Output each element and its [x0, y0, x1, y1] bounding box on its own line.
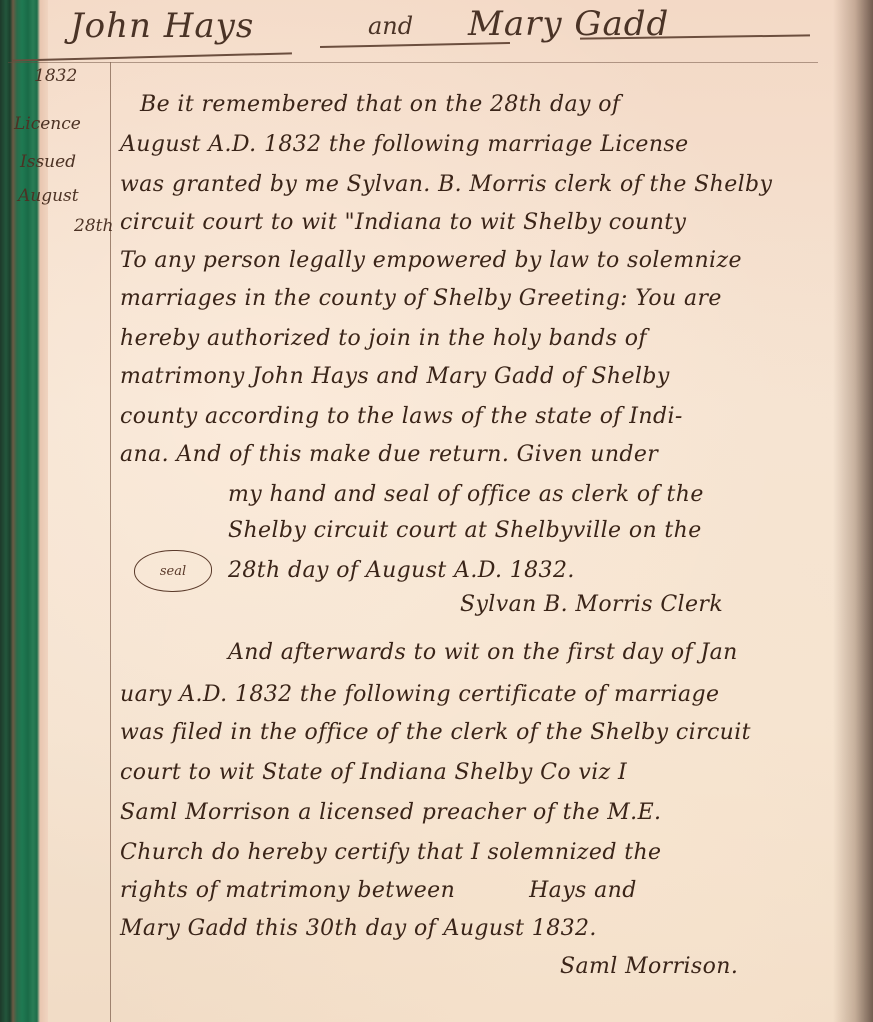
margin-year: 1832: [34, 66, 77, 86]
license-line: Shelby circuit court at Shelbyville on t…: [228, 518, 702, 543]
license-line: was granted by me Sylvan. B. Morris cler…: [120, 172, 772, 197]
title-underline: [320, 42, 510, 48]
heading-groom: John Hays: [70, 6, 254, 46]
page-gutter-shadow: [833, 0, 873, 1022]
license-line: marriages in the county of Shelby Greeti…: [120, 286, 722, 311]
license-line: county according to the laws of the stat…: [120, 404, 683, 429]
margin-august: August: [18, 186, 79, 206]
certificate-line: Mary Gadd this 30th day of August 1832.: [120, 916, 597, 941]
license-line: August A.D. 1832 the following marriage …: [120, 132, 689, 157]
certificate-line: rights of matrimony between Hays and: [120, 878, 637, 903]
title-underline: [12, 52, 292, 61]
seal-mark: seal: [134, 550, 212, 592]
margin-issued: Issued: [20, 152, 76, 172]
certificate-line: And afterwards to wit on the first day o…: [228, 640, 738, 665]
header-rule: [8, 62, 818, 63]
license-line: my hand and seal of office as clerk of t…: [228, 482, 704, 507]
certificate-line: Saml Morrison a licensed preacher of the…: [120, 800, 661, 825]
clerk-signature: Sylvan B. Morris Clerk: [460, 592, 723, 617]
certificate-line: Church do hereby certify that I solemniz…: [120, 840, 661, 865]
license-line: matrimony John Hays and Mary Gadd of She…: [120, 364, 670, 389]
margin-day: 28th: [74, 216, 113, 236]
license-line: ana. And of this make due return. Given …: [120, 442, 658, 467]
margin-licence: Licence: [14, 114, 81, 134]
margin-rule: [110, 62, 111, 1022]
certificate-line: court to wit State of Indiana Shelby Co …: [120, 760, 627, 785]
license-line: 28th day of August A.D. 1832.: [228, 558, 575, 583]
license-line: To any person legally empowered by law t…: [120, 248, 742, 273]
license-line: Be it remembered that on the 28th day of: [140, 92, 620, 117]
heading-conjunction: and: [368, 12, 413, 40]
license-line: circuit court to wit "Indiana to wit She…: [120, 210, 686, 235]
seal-label: seal: [160, 564, 186, 579]
preacher-signature: Saml Morrison.: [560, 954, 738, 979]
certificate-line: was filed in the office of the clerk of …: [120, 720, 751, 745]
document-page: John Hays and Mary Gadd 1832 Licence Iss…: [0, 0, 873, 1022]
certificate-line: uary A.D. 1832 the following certificate…: [120, 682, 719, 707]
license-line: hereby authorized to join in the holy ba…: [120, 326, 647, 351]
